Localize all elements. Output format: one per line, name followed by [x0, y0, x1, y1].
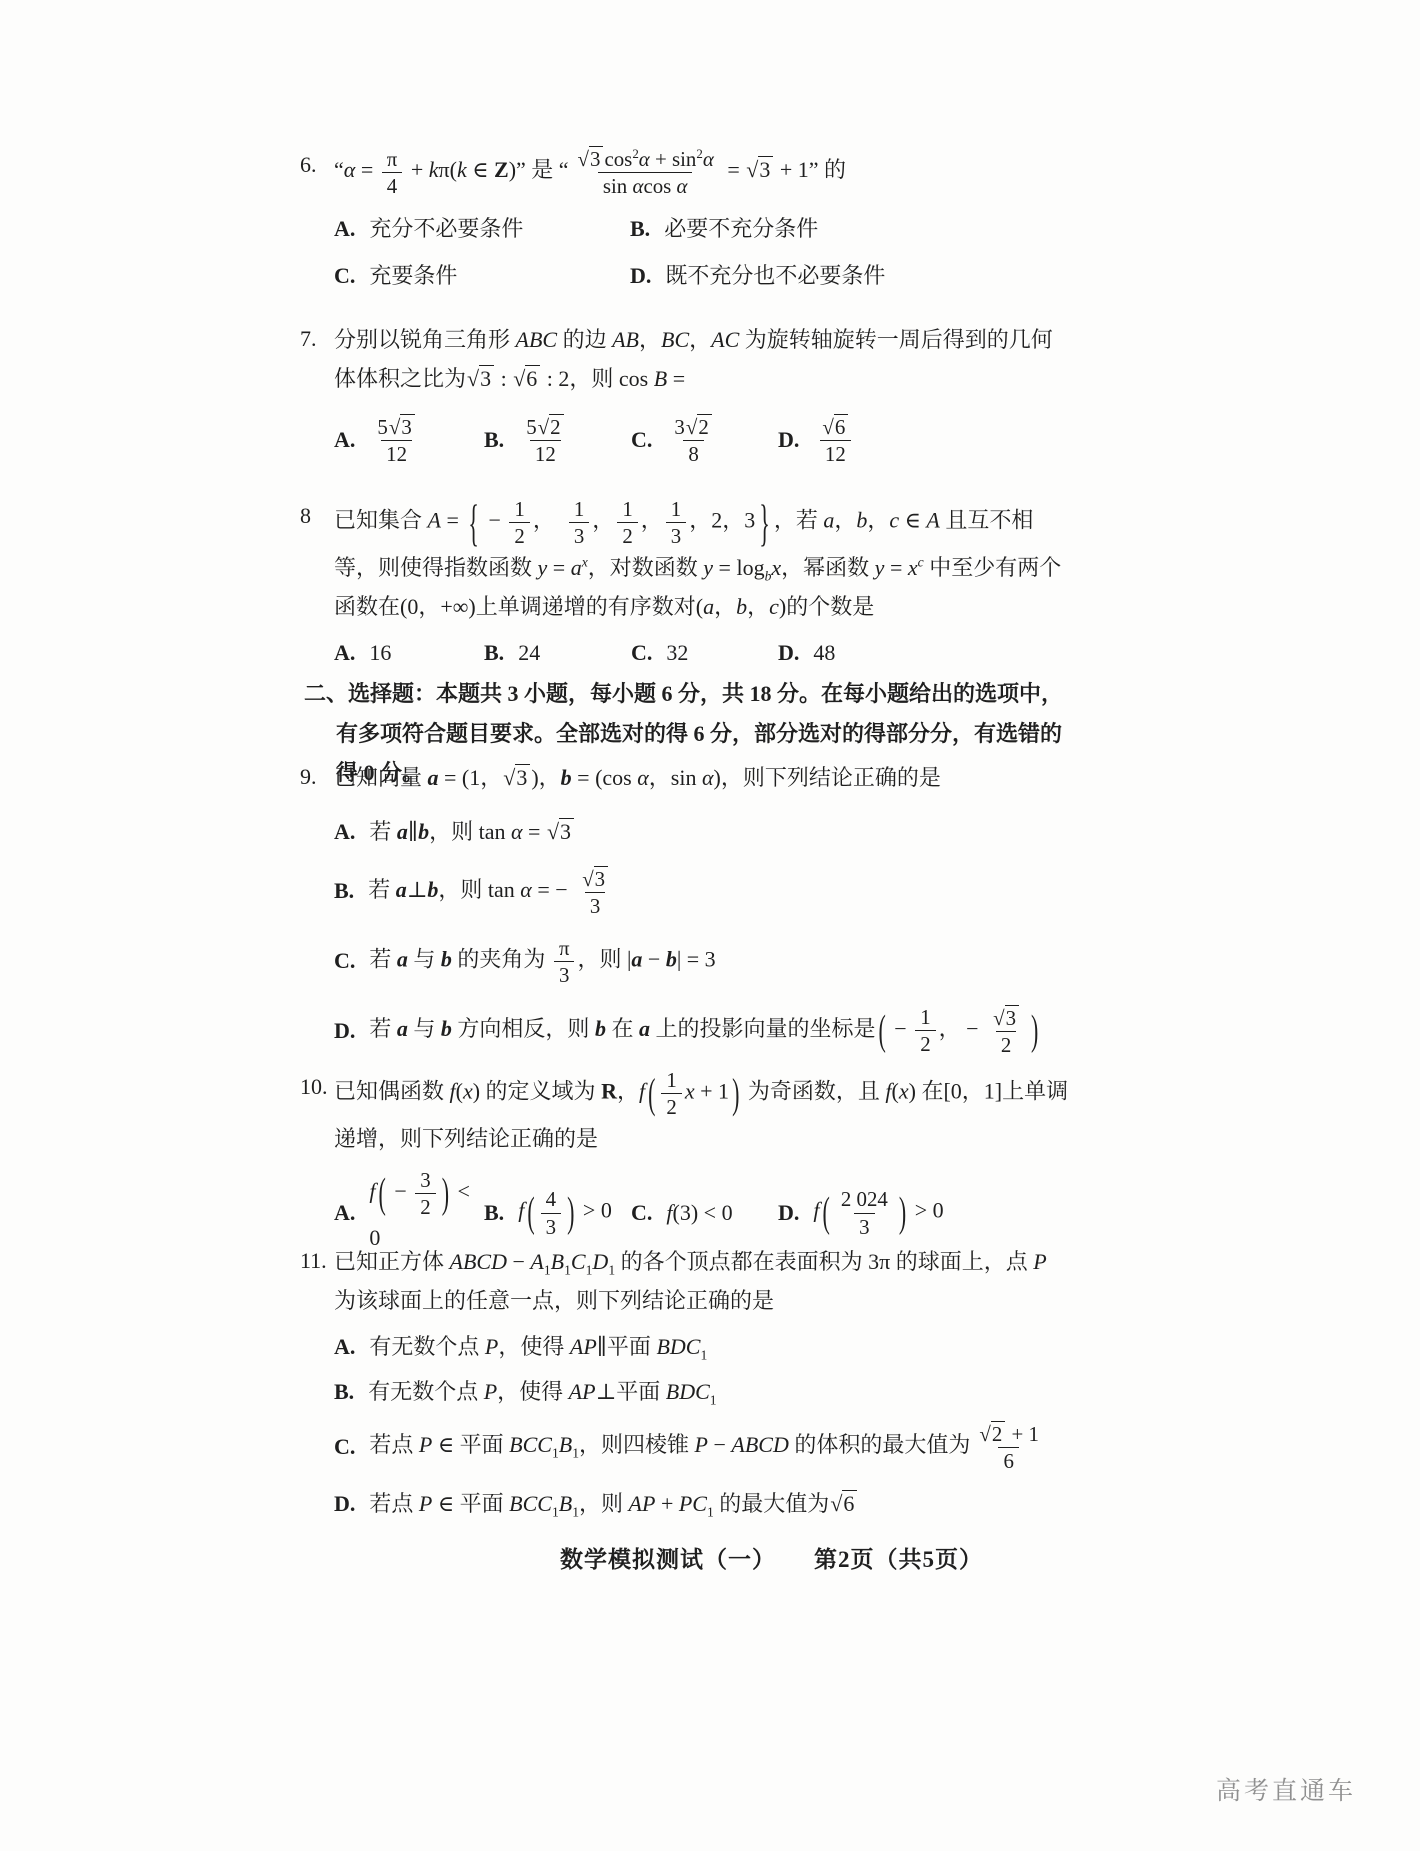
option-text: 必要不充分条件 [664, 210, 818, 249]
question-11-option-b: B. 有无数个点 P，使得 AP⊥平面 BDC1 [334, 1373, 1070, 1412]
option-text: 48 [813, 634, 835, 673]
question-10-number: 10. [300, 1068, 334, 1258]
question-8-stem: 已知集合 A = { − 12， 13，12，13，2，3}，若 a，b，c ∈… [334, 497, 1070, 626]
option-label: C. [334, 1428, 355, 1467]
option-label: D. [334, 1012, 355, 1051]
option-text: 有无数个点 P，使得 AP∥平面 BDC1 [369, 1328, 707, 1367]
exam-page-sheet: 6. “α = π4 + kπ(k ∈ Z)” 是 “√3cos2α + sin… [0, 0, 1420, 1851]
option-label: A. [334, 421, 355, 460]
question-7-options: A. 5√312 B. 5√212 C. 3√28 D. √612 [334, 414, 1070, 466]
option-label: B. [334, 1373, 354, 1412]
option-text: 若点 P ∈ 平面 BCC1B1，则 AP + PC1 的最大值为√6 [369, 1485, 858, 1524]
question-7-stem: 分别以锐角三角形 ABC 的边 AB，BC，AC 为旋转轴旋转一周后得到的几何体… [334, 320, 1070, 398]
big-brace: } [759, 478, 770, 568]
option-label: B. [484, 421, 504, 460]
option-label: C. [631, 421, 652, 460]
fraction: 13 [666, 497, 686, 548]
option-label: A. [334, 210, 355, 249]
fraction: √2 + 16 [973, 1421, 1044, 1473]
big-paren: ) [567, 1176, 574, 1249]
option-text: f(3) < 0 [666, 1194, 732, 1233]
option-label: D. [778, 634, 799, 673]
option-text: 充分不必要条件 [369, 210, 523, 249]
fraction: 3√28 [669, 414, 717, 466]
option-text: 32 [666, 634, 688, 673]
question-11-number: 11. [300, 1242, 334, 1524]
question-11: 11. 已知正方体 ABCD − A1B1C1D1 的各个顶点都在表面积为 3π… [300, 1242, 1070, 1524]
option-text: 充要条件 [369, 257, 457, 296]
question-9: 9. 已知向量 a = (1，√3)，b = (cos α，sin α)，则下列… [300, 758, 1070, 1057]
question-9-stem: 已知向量 a = (1，√3)，b = (cos α，sin α)，则下列结论正… [334, 758, 1070, 797]
question-10-option-b: B. f(43) > 0 [484, 1187, 631, 1238]
option-label: B. [334, 872, 354, 911]
question-11-option-d: D. 若点 P ∈ 平面 BCC1B1，则 AP + PC1 的最大值为√6 [334, 1485, 1070, 1524]
radical: √3 [578, 146, 604, 171]
question-6-option-b: B. 必要不充分条件 [630, 210, 1070, 249]
radical: √3 [547, 818, 574, 844]
fraction: 5√312 [372, 414, 420, 466]
question-7-body: 分别以锐角三角形 ABC 的边 AB，BC，AC 为旋转轴旋转一周后得到的几何体… [334, 320, 1070, 466]
fraction: √3cos2α + sin2αsin αcos α [572, 146, 719, 198]
big-paren: ) [899, 1176, 906, 1249]
option-label: D. [778, 421, 799, 460]
option-label: D. [334, 1485, 355, 1524]
question-10-stem: 已知偶函数 f(x) 的定义域为 R，f(12x + 1) 为奇函数，且 f(x… [334, 1068, 1070, 1158]
fraction: 12 [617, 497, 637, 548]
big-brace: { [468, 478, 479, 568]
question-8-options: A. 16 B. 24 C. 32 D. 48 [334, 634, 1070, 673]
option-label: C. [334, 257, 355, 296]
option-text: 5√312 [369, 414, 423, 466]
option-text: 5√212 [518, 414, 572, 466]
radical: √3 [993, 1005, 1019, 1030]
question-8: 8 已知集合 A = { − 12， 13，12，13，2，3}，若 a，b，c… [300, 497, 1070, 673]
fraction: 13 [569, 497, 589, 548]
question-10-option-d: D. f(2 0243) > 0 [778, 1187, 1070, 1238]
question-7-number: 7. [300, 320, 334, 466]
big-paren: ( [527, 1176, 534, 1249]
option-label: D. [778, 1194, 799, 1233]
question-6-option-c: C. 充要条件 [334, 257, 630, 296]
question-9-option-b: B. 若 a⊥b，则 tan α = − √33 [334, 866, 1070, 918]
option-label: C. [631, 1194, 652, 1233]
big-paren: ( [379, 1157, 386, 1230]
question-8-option-b: B. 24 [484, 634, 631, 673]
question-11-option-c: C. 若点 P ∈ 平面 BCC1B1，则四棱锥 P − ABCD 的体积的最大… [334, 1421, 1070, 1473]
question-9-number: 9. [300, 758, 334, 1057]
fraction: 5√212 [521, 414, 569, 466]
big-paren: ( [878, 994, 885, 1067]
fraction: 12 [915, 1005, 935, 1056]
option-label: C. [334, 942, 355, 981]
question-8-option-c: C. 32 [631, 634, 778, 673]
question-11-body: 已知正方体 ABCD − A1B1C1D1 的各个顶点都在表面积为 3π 的球面… [334, 1242, 1070, 1524]
radical: √3 [467, 365, 494, 391]
watermark-brand: 高考直通车 [1216, 1770, 1356, 1814]
question-9-option-c: C. 若 a 与 b 的夹角为 π3，则 |a − b| = 3 [334, 936, 1070, 987]
question-7-option-a: A. 5√312 [334, 414, 484, 466]
fraction: √612 [816, 414, 854, 466]
radical: √3 [503, 764, 530, 790]
option-label: A. [334, 634, 355, 673]
radical: √3 [746, 156, 773, 182]
big-paren: ) [442, 1157, 449, 1230]
option-label: C. [631, 634, 652, 673]
radical: √2 [979, 1421, 1005, 1446]
option-text: 既不充分也不必要条件 [665, 257, 885, 296]
question-8-body: 已知集合 A = { − 12， 13，12，13，2，3}，若 a，b，c ∈… [334, 497, 1070, 673]
radical: √6 [830, 1490, 857, 1516]
fraction: 2 0243 [836, 1187, 893, 1238]
radical: √6 [822, 414, 848, 439]
option-text: 若 a 与 b 的夹角为 π3，则 |a − b| = 3 [369, 936, 715, 987]
question-6-stem: “α = π4 + kπ(k ∈ Z)” 是 “√3cos2α + sin2αs… [334, 146, 1070, 198]
question-7: 7. 分别以锐角三角形 ABC 的边 AB，BC，AC 为旋转轴旋转一周后得到的… [300, 320, 1070, 466]
question-10-body: 已知偶函数 f(x) 的定义域为 R，f(12x + 1) 为奇函数，且 f(x… [334, 1068, 1070, 1258]
question-6-option-d: D. 既不充分也不必要条件 [630, 257, 1070, 296]
fraction: 12 [509, 497, 529, 548]
radical: √6 [513, 365, 540, 391]
question-9-option-d: D. 若 a 与 b 方向相反，则 b 在 a 上的投影向量的坐标是( − 12… [334, 1005, 1070, 1057]
option-text: 24 [518, 634, 540, 673]
question-10-option-c: C. f(3) < 0 [631, 1194, 778, 1233]
question-8-option-d: D. 48 [778, 634, 1070, 673]
fraction: 32 [415, 1168, 435, 1219]
question-7-option-b: B. 5√212 [484, 414, 631, 466]
fraction: √33 [576, 866, 614, 918]
question-6-number: 6. [300, 146, 334, 295]
fraction: 12 [661, 1068, 681, 1119]
big-paren: ( [648, 1056, 655, 1130]
option-label: B. [484, 1194, 504, 1233]
option-text: f(2 0243) > 0 [813, 1187, 943, 1238]
radical: √2 [686, 414, 712, 439]
option-text: 3√28 [666, 414, 720, 466]
option-text: 若 a 与 b 方向相反，则 b 在 a 上的投影向量的坐标是( − 12， −… [369, 1005, 1041, 1057]
question-9-option-a: A. 若 a∥b，则 tan α = √3 [334, 813, 1070, 852]
fraction: 43 [541, 1187, 561, 1238]
footer-test-title: 数学模拟测试（一） [560, 1540, 776, 1580]
fraction: π3 [554, 936, 575, 987]
option-text: √612 [813, 414, 857, 466]
question-7-option-d: D. √612 [778, 414, 1070, 466]
option-label: A. [334, 813, 355, 852]
question-7-option-c: C. 3√28 [631, 414, 778, 466]
question-6: 6. “α = π4 + kπ(k ∈ Z)” 是 “√3cos2α + sin… [300, 146, 1070, 295]
question-10: 10. 已知偶函数 f(x) 的定义域为 R，f(12x + 1) 为奇函数，且… [300, 1068, 1070, 1258]
fraction: √32 [987, 1005, 1025, 1057]
question-8-option-a: A. 16 [334, 634, 484, 673]
footer-page-indicator: 第2页（共5页） [814, 1540, 983, 1580]
radical: √3 [389, 414, 415, 439]
page-footer: 数学模拟测试（一） 第2页（共5页） [560, 1540, 983, 1580]
option-text: f(43) > 0 [518, 1187, 612, 1238]
option-label: A. [334, 1194, 355, 1233]
question-6-body: “α = π4 + kπ(k ∈ Z)” 是 “√3cos2α + sin2αs… [334, 146, 1070, 295]
option-label: D. [630, 257, 651, 296]
option-label: B. [630, 210, 650, 249]
question-11-stem: 已知正方体 ABCD − A1B1C1D1 的各个顶点都在表面积为 3π 的球面… [334, 1242, 1070, 1320]
big-paren: ( [823, 1176, 830, 1249]
big-paren: ) [732, 1056, 739, 1130]
big-paren: ) [1031, 994, 1038, 1067]
question-6-option-a: A. 充分不必要条件 [334, 210, 630, 249]
question-6-options: A. 充分不必要条件 B. 必要不充分条件 C. 充要条件 D. 既不充分也不必… [334, 210, 1070, 295]
question-9-body: 已知向量 a = (1，√3)，b = (cos α，sin α)，则下列结论正… [334, 758, 1070, 1057]
option-label: B. [484, 634, 504, 673]
question-8-number: 8 [300, 497, 334, 673]
option-text: 若 a⊥b，则 tan α = − √33 [368, 866, 617, 918]
option-text: 有无数个点 P，使得 AP⊥平面 BDC1 [368, 1373, 716, 1412]
option-text: 若点 P ∈ 平面 BCC1B1，则四棱锥 P − ABCD 的体积的最大值为√… [369, 1421, 1047, 1473]
option-text: 若 a∥b，则 tan α = √3 [369, 813, 575, 852]
option-text: 16 [369, 634, 391, 673]
radical: √3 [582, 866, 608, 891]
question-11-option-a: A. 有无数个点 P，使得 AP∥平面 BDC1 [334, 1328, 1070, 1367]
option-label: A. [334, 1328, 355, 1367]
radical: √2 [538, 414, 564, 439]
fraction: π4 [382, 147, 403, 198]
